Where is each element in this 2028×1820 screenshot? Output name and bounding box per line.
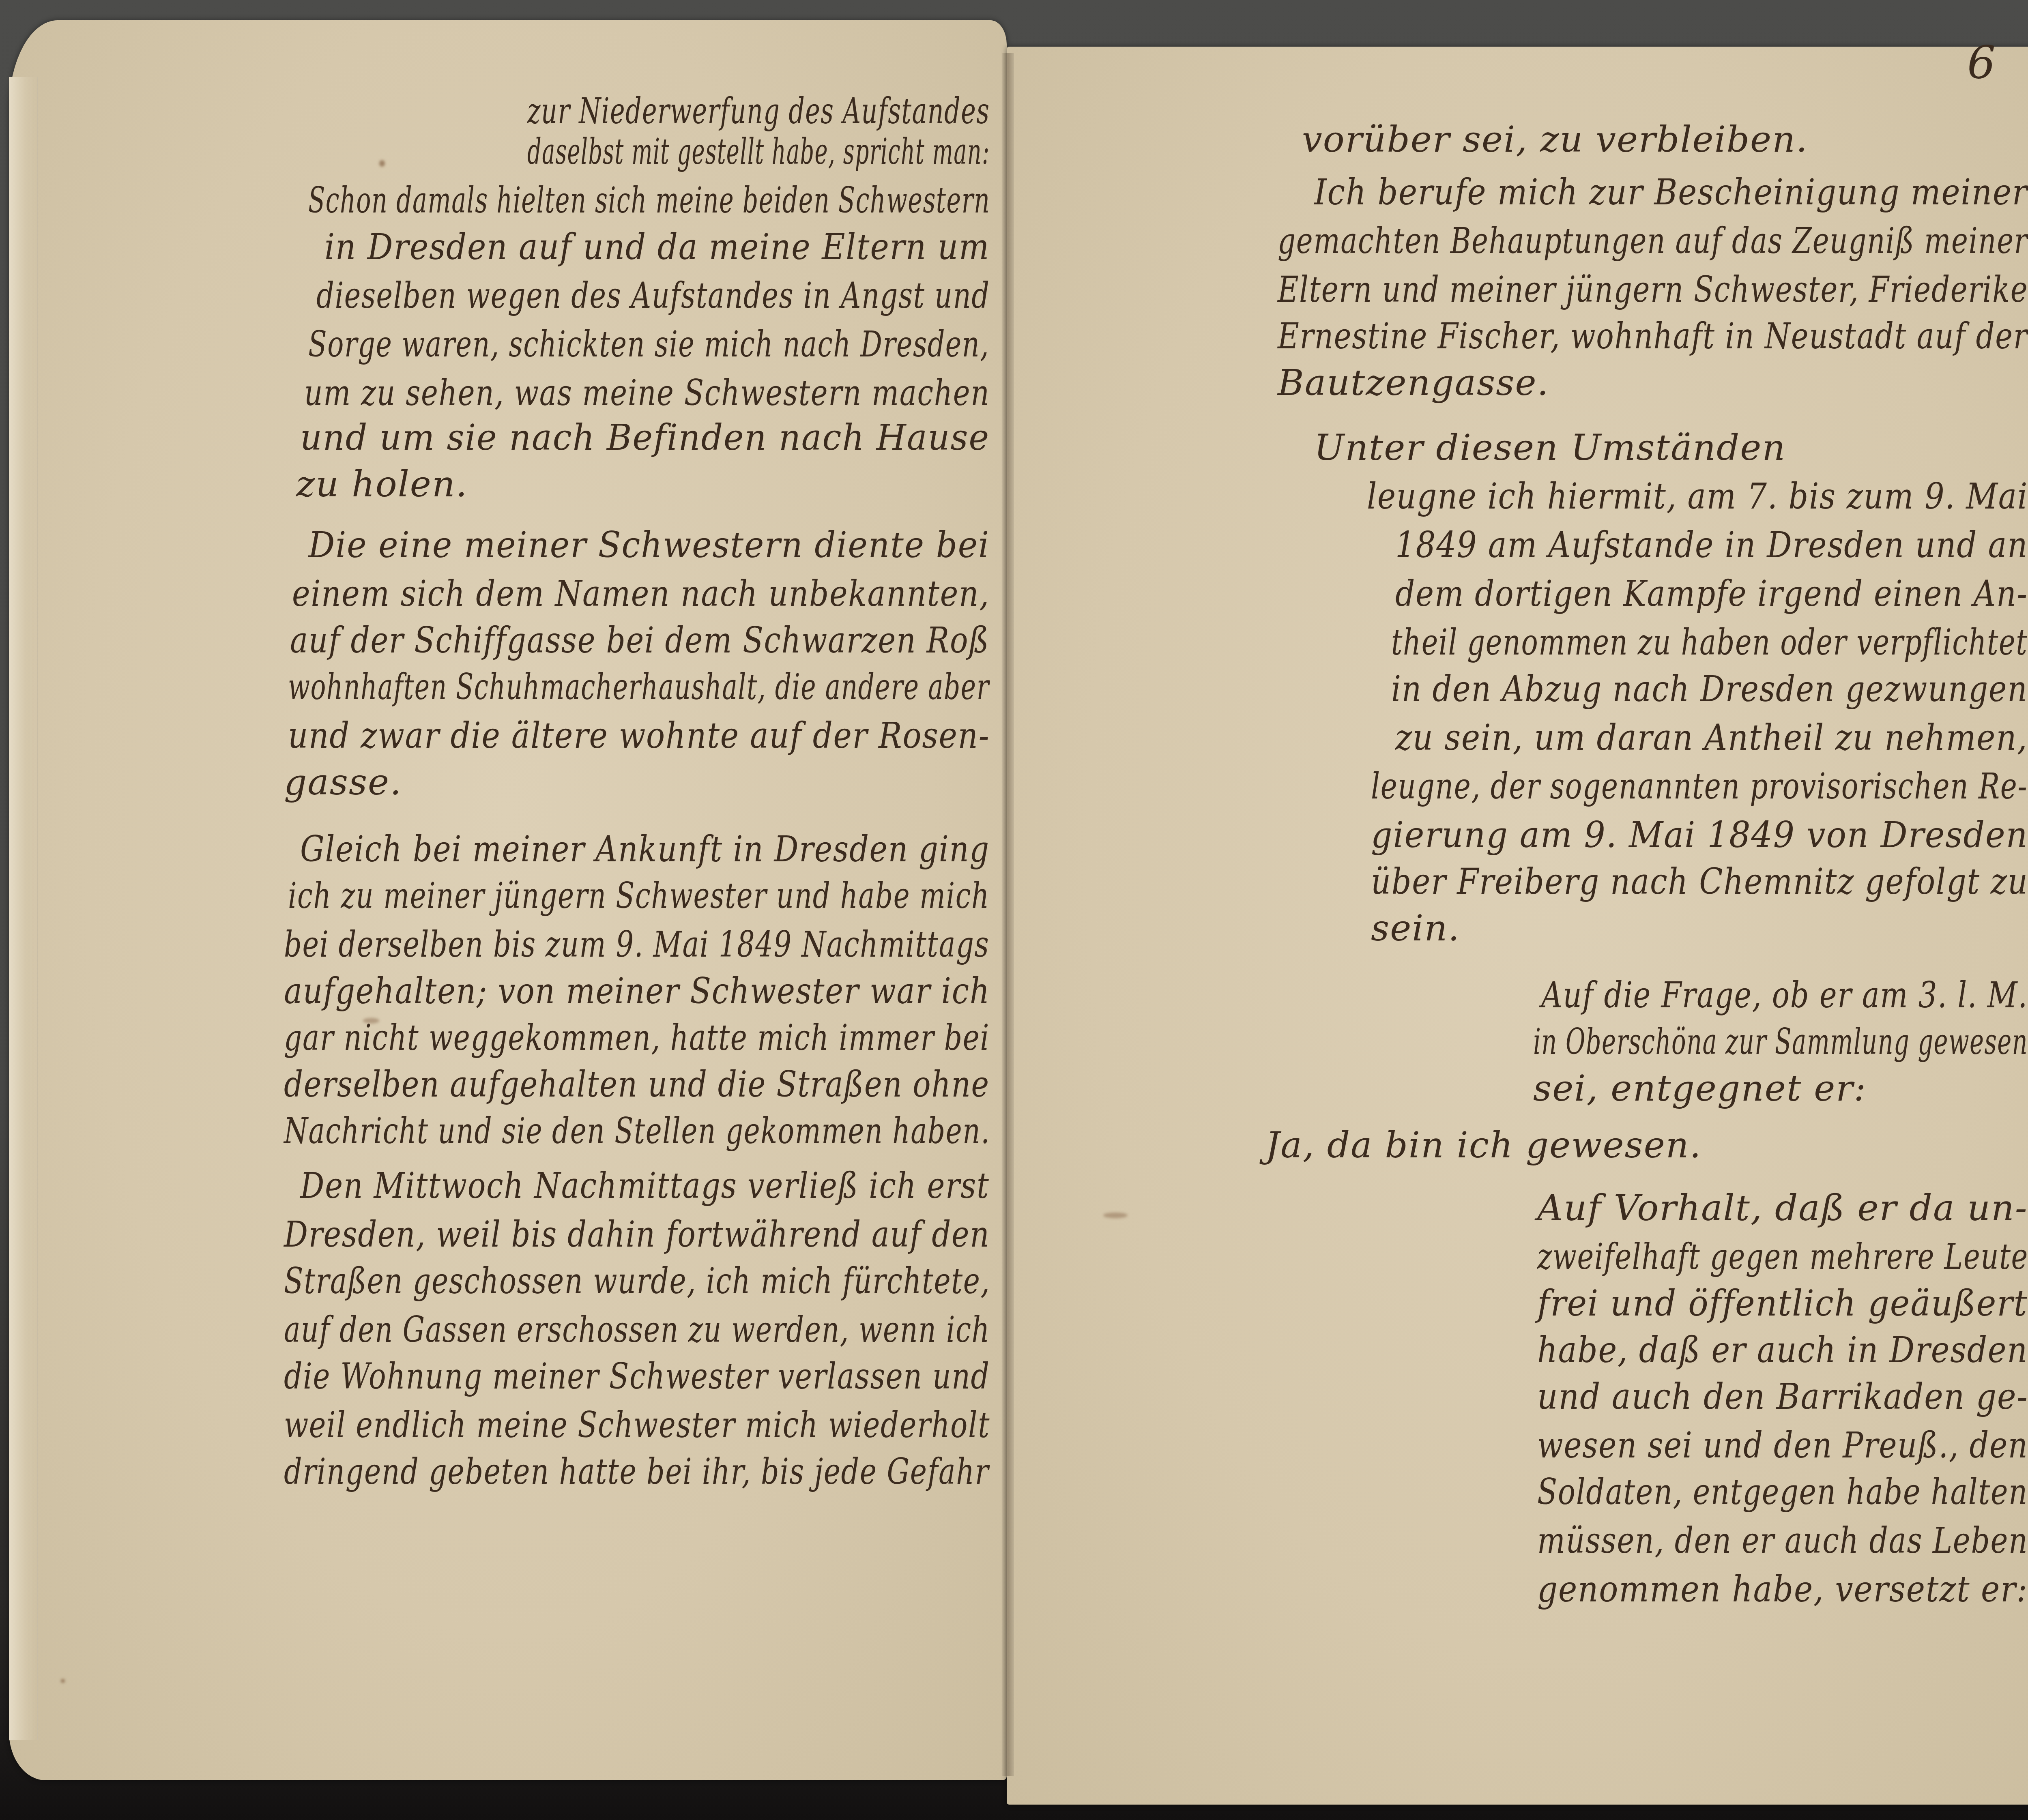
text-line: zur Niederwerfung des Aufstandes [527,93,990,129]
text-line: einem sich dem Namen nach unbekannten, [292,576,990,612]
text-line: gierung am 9. Mai 1849 von Dresden [1371,817,2028,853]
text-line: theil genommen zu haben oder verpflichte… [1391,625,2028,660]
text-line: zweifelhaft gegen mehrere Leute [1537,1239,2028,1275]
text-line: Gleich bei meiner Ankunft in Dresden gin… [300,831,990,867]
text-line: derselben aufgehalten und die Straßen oh… [284,1067,990,1102]
text-line: sein. [1371,910,1460,946]
text-line: weil endlich meine Schwester mich wieder… [284,1407,990,1443]
text-line: Nachricht und sie den Stellen gekommen h… [284,1113,990,1149]
text-line: gasse. [284,764,402,800]
text-line: dringend gebeten hatte bei ihr, bis jede… [284,1454,989,1489]
text-line: leugne, der sogenannten provisorischen R… [1371,768,2028,804]
text-line: Die eine meiner Schwestern diente bei [308,527,990,563]
text-line: zu sein, um daran Antheil zu nehmen, [1395,720,2028,755]
text-line: und auch den Barrikaden ge- [1537,1379,2028,1414]
text-line: und um sie nach Befinden nach Hause [300,420,990,455]
text-line: Soldaten, entgegen habe halten [1537,1474,2028,1510]
text-line: wesen sei und den Preuß., den [1537,1427,2028,1463]
text-line: Ernestine Fischer, wohnhaft in Neustadt … [1278,318,2028,354]
text-line: und zwar die ältere wohnte auf der Rosen… [288,718,990,753]
text-line: Ja, da bin ich gewesen. [1265,1127,1701,1163]
text-line: leugne ich hiermit, am 7. bis zum 9. Mai [1367,479,2028,514]
text-line: wohnhaften Schuhmacherhaushalt, die ande… [288,669,989,705]
text-line: daselbst mit gestellt habe, spricht man: [527,134,990,170]
text-line: Sorge waren, schickten sie mich nach Dre… [308,326,989,362]
text-line: frei und öffentlich geäußert [1537,1286,2028,1321]
text-line: dem dortigen Kampfe irgend einen An- [1395,576,2028,612]
text-line: Auf die Frage, ob er am 3. l. M. [1541,977,2028,1013]
text-line: Straßen geschossen wurde, ich mich fürch… [284,1263,990,1299]
text-line: Dresden, weil bis dahin fortwährend auf … [284,1217,990,1252]
text-line: vorüber sei, zu verbleiben. [1302,122,1808,157]
text-line: aufgehalten; von meiner Schwester war ic… [284,973,990,1009]
text-line: sei, entgegnet er: [1533,1071,1867,1106]
text-line: Den Mittwoch Nachmittags verließ ich ers… [300,1168,989,1204]
text-line: gemachten Behauptungen auf das Zeugniß m… [1278,223,2028,259]
ink-smudge [1103,1213,1128,1218]
text-line: über Freiberg nach Chemnitz gefolgt zu [1371,864,2028,899]
text-line: um zu sehen, was meine Schwestern machen [304,375,990,411]
text-line: in Oberschöna zur Sammlung gewesen [1533,1024,2028,1060]
text-line: auf den Gassen erschossen zu werden, wen… [284,1312,990,1348]
text-line: gar nicht weggekommen, hatte mich immer … [284,1020,990,1056]
text-line: die Wohnung meiner Schwester verlassen u… [284,1359,990,1394]
book-gutter [1002,53,1014,1776]
text-line: in den Abzug nach Dresden gezwungen [1391,671,2028,707]
text-line: in Dresden auf und da meine Eltern um [324,229,990,265]
text-line: zu holen. [296,466,468,502]
text-line: Bautzengasse. [1278,365,1549,401]
ink-stain [61,1679,65,1683]
text-line: ich zu meiner jüngern Schwester und habe… [288,878,990,914]
text-line: müssen, den er auch das Leben [1537,1523,2028,1558]
text-line: dieselben wegen des Aufstandes in Angst … [316,278,990,313]
manuscript-spread: 6 zur Niederwerfung des Aufstandes dasel… [0,0,2028,1820]
text-line: 1849 am Aufstande in Dresden und an [1395,527,2028,563]
text-line: Ich berufe mich zur Bescheinigung meiner [1314,174,2028,210]
text-line: Eltern und meiner jüngern Schwester, Fri… [1278,272,2028,307]
page-number: 6 [1967,36,1996,88]
text-line: habe, daß er auch in Dresden [1537,1332,2028,1368]
ink-stain [379,160,385,167]
text-line: auf der Schiffgasse bei dem Schwarzen Ro… [290,622,989,658]
text-line: Schon damals hielten sich meine beiden S… [308,182,990,218]
text-line: Auf Vorhalt, daß er da un- [1537,1190,2028,1226]
text-line: genommen habe, versetzt er: [1537,1571,2028,1607]
text-line: bei derselben bis zum 9. Mai 1849 Nachmi… [284,927,989,962]
text-line: Unter diesen Umständen [1314,430,1786,466]
